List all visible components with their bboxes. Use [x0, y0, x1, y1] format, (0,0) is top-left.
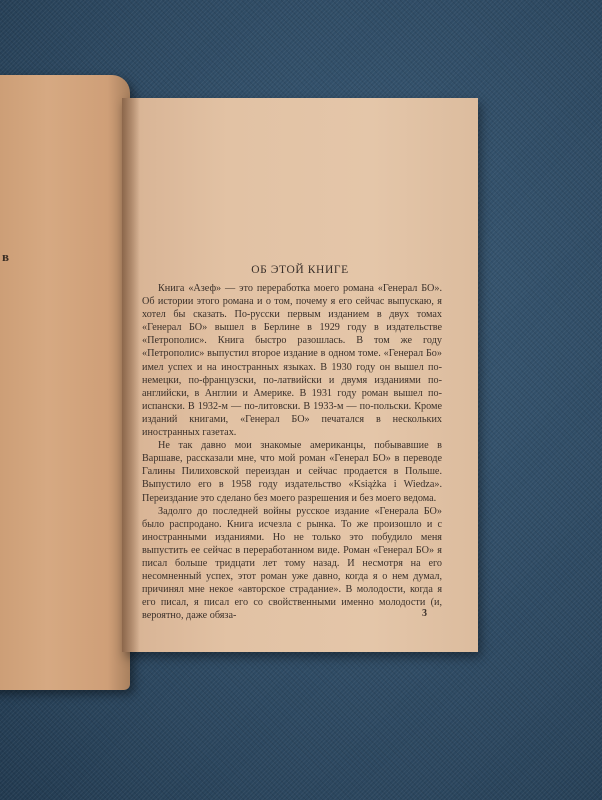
paragraph-2: Не так давно мои знакомые американцы, по… [142, 439, 442, 504]
right-book-page: ОБ ЭТОЙ КНИГЕ Книга «Азеф» — это перераб… [122, 98, 478, 652]
body-text: Книга «Азеф» — это переработка моего ром… [142, 282, 442, 622]
left-page-text-fragment: в [2, 249, 9, 265]
left-book-page: в [0, 75, 130, 690]
paragraph-1: Книга «Азеф» — это переработка моего ром… [142, 282, 442, 439]
chapter-heading: ОБ ЭТОЙ КНИГЕ [122, 264, 478, 276]
page-number: 3 [422, 608, 427, 619]
book-gutter-shadow [122, 98, 140, 652]
paragraph-3: Задолго до последней войны русское издан… [142, 505, 442, 623]
